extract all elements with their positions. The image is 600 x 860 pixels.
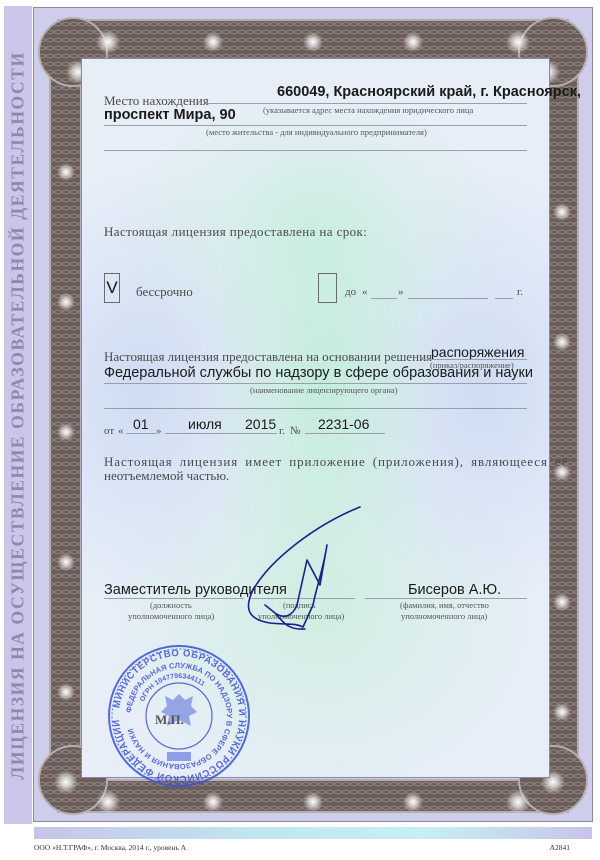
from-quote-open: «	[118, 425, 124, 437]
decision-year-suffix: г.	[279, 425, 285, 437]
location-hint-1: (указывается адрес места нахождения юрид…	[263, 105, 473, 115]
decision-number-prefix: №	[290, 425, 301, 437]
mp-label: М.П.	[155, 712, 184, 727]
position-hint-1: (должность	[150, 600, 192, 610]
authority-hint: (наименование лицензирующего органа)	[250, 385, 398, 395]
side-title: ЛИЦЕНЗИЯ НА ОСУЩЕСТВЛЕНИЕ ОБРАЗОВАТЕЛЬНО…	[4, 6, 32, 824]
location-value-line1: 660049, Красноярский край, г. Красноярск…	[277, 84, 581, 100]
decision-year-line	[245, 433, 277, 434]
signer-name: Бисеров А.Ю.	[408, 582, 501, 598]
location-value-line2: проспект Мира, 90	[104, 107, 236, 123]
until-quote-close: »	[398, 286, 404, 298]
form-serial: А2841	[550, 843, 570, 852]
position-line	[104, 598, 244, 599]
until-month-field[interactable]	[408, 298, 488, 299]
footer-band	[34, 827, 592, 839]
decision-number: 2231-06	[318, 416, 369, 432]
name-hint-2: уполномоченного лица)	[401, 611, 487, 621]
authority-name: Федеральной службы по надзору в сфере об…	[104, 365, 533, 381]
authority-line-2	[104, 408, 527, 409]
location-line-1	[205, 103, 527, 104]
name-line	[365, 598, 527, 599]
until-checkbox[interactable]	[318, 273, 337, 303]
location-line-3	[104, 150, 527, 151]
location-line-2	[104, 125, 527, 126]
decision-type: распоряжения	[431, 344, 524, 360]
decision-day-line	[126, 433, 156, 434]
name-hint-1: (фамилия, имя, отчество	[400, 600, 489, 610]
decision-month-line	[165, 433, 245, 434]
from-prefix: от	[104, 425, 114, 437]
from-quote-close: »	[156, 425, 162, 437]
until-day-field[interactable]	[371, 298, 397, 299]
decision-day: 01	[133, 416, 149, 432]
decision-month: июля	[188, 416, 222, 432]
authority-line	[104, 383, 527, 384]
unlimited-label: бессрочно	[136, 284, 193, 300]
appendix-note-line2: неотъемлемой частью.	[104, 468, 229, 484]
unlimited-checkbox[interactable]: V	[104, 273, 120, 303]
handwritten-signature	[235, 505, 375, 655]
license-sheet: ЛИЦЕНЗИЯ НА ОСУЩЕСТВЛЕНИЕ ОБРАЗОВАТЕЛЬНО…	[0, 0, 600, 860]
term-label: Настоящая лицензия предоставлена на срок…	[104, 224, 367, 240]
basis-label: Настоящая лицензия предоставлена на осно…	[104, 349, 432, 365]
official-stamp: МИНИСТЕРСТВО ОБРАЗОВАНИЯ И НАУКИ РОССИЙС…	[105, 642, 253, 790]
until-prefix: до	[345, 286, 356, 298]
side-title-text: ЛИЦЕНЗИЯ НА ОСУЩЕСТВЛЕНИЕ ОБРАЗОВАТЕЛЬНО…	[8, 51, 29, 779]
decision-number-line	[305, 433, 385, 434]
decision-year: 2015	[245, 416, 276, 432]
until-quote-open: «	[362, 286, 368, 298]
until-year-suffix: г.	[517, 286, 523, 298]
location-hint-2: (место жительства - для индивидуального …	[206, 127, 427, 137]
position-hint-2: уполномоченного лица)	[128, 611, 214, 621]
until-year-field[interactable]	[495, 298, 513, 299]
printer-info: ООО «Н.Т.ГРАФ», г. Москва, 2014 г., уров…	[34, 843, 186, 852]
